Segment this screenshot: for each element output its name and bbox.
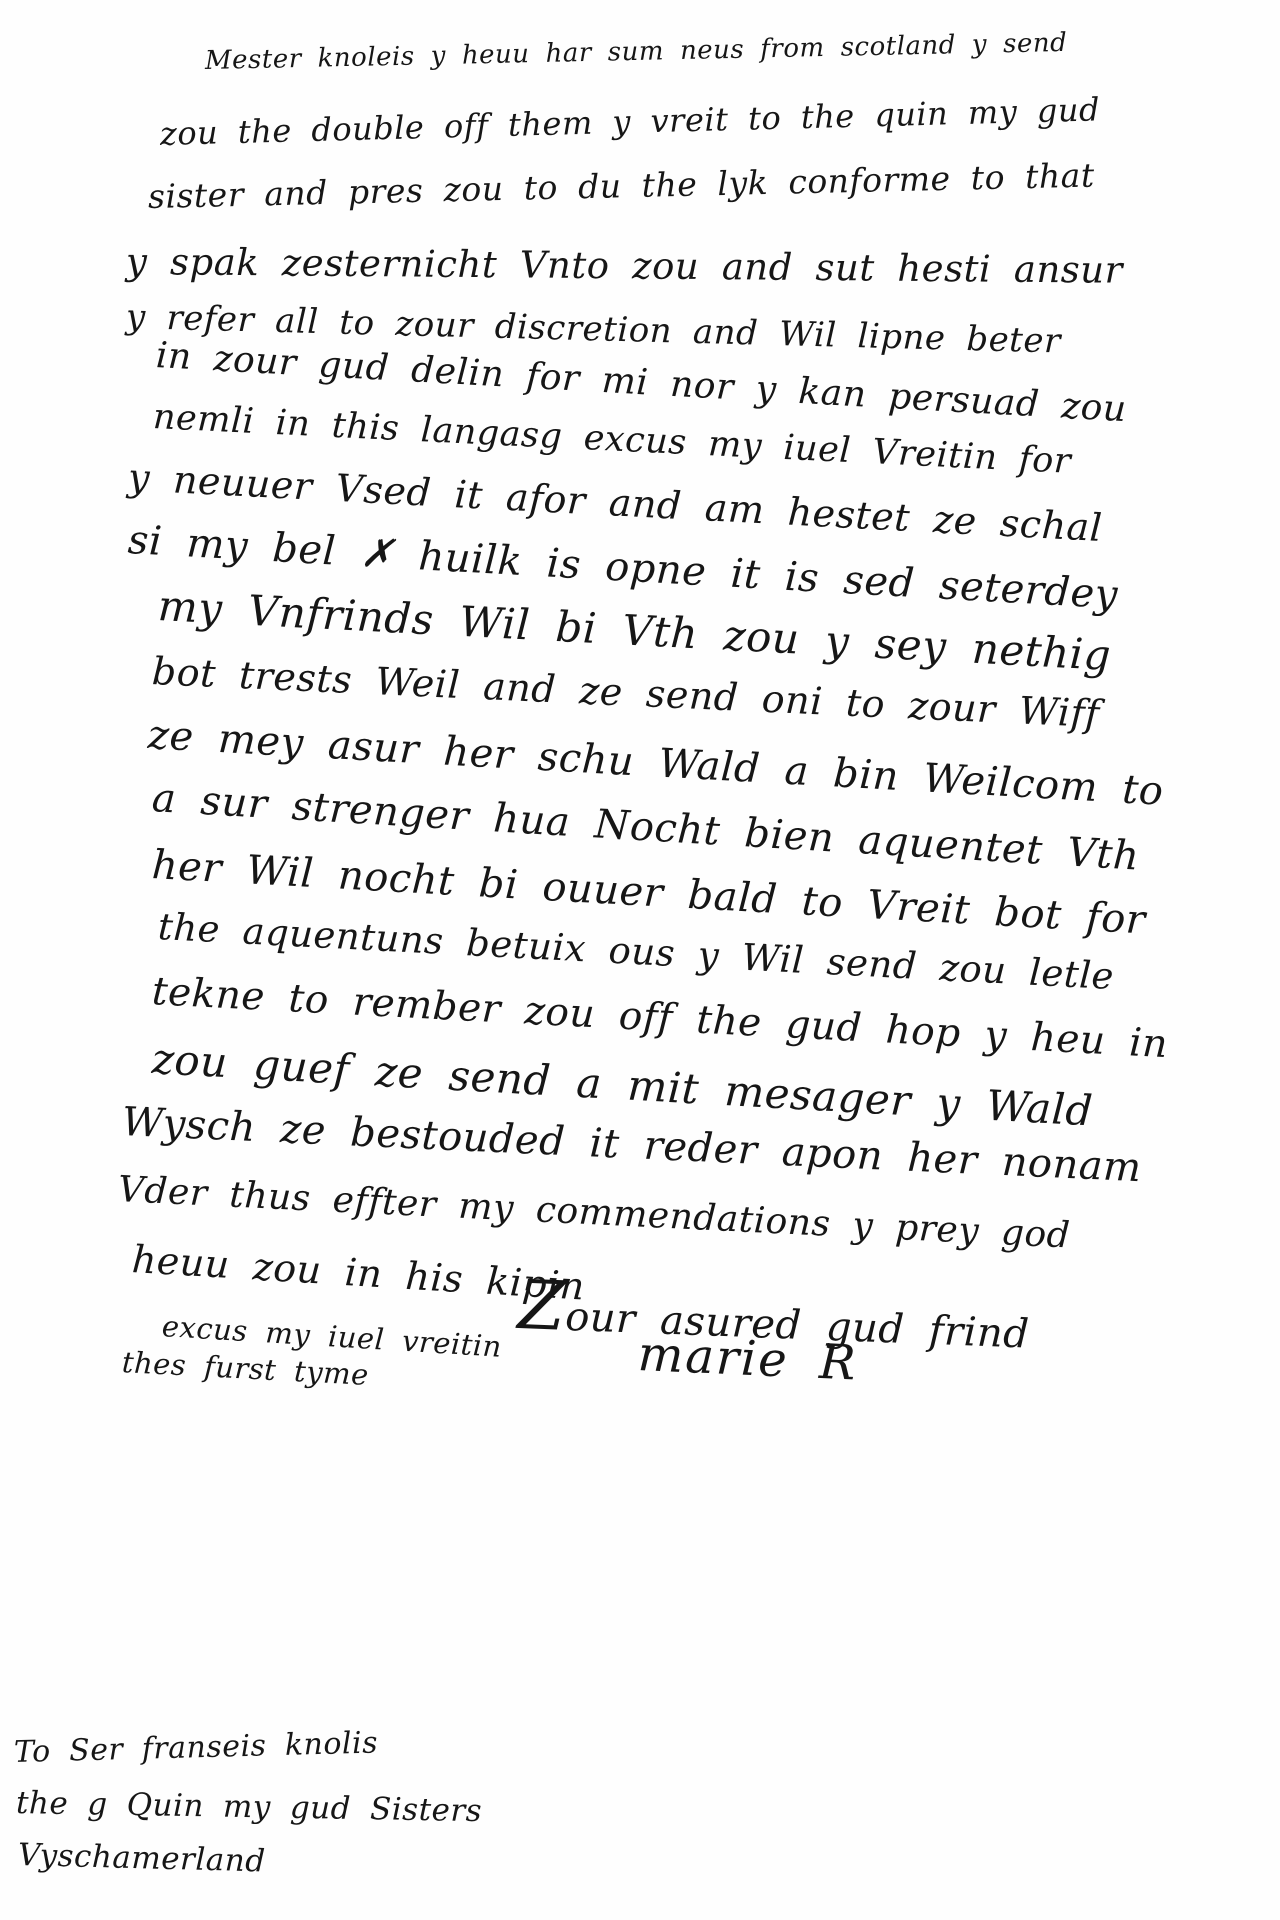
signature: marie R	[637, 1330, 859, 1388]
manuscript-page: Mester knoleis y heuu har sum neus from …	[0, 0, 1280, 1920]
handwriting-line: Mester knoleis y heuu har sum neus from …	[205, 30, 1068, 74]
postscript-line: thes furst tyme	[121, 1348, 369, 1390]
handwriting-line: Vder thus effter my commendations y prey…	[117, 1172, 1071, 1255]
handwriting-line: sister and pres zou to du the lyk confor…	[148, 159, 1095, 213]
handwriting-line: y spak zesternicht Vnto zou and sut hest…	[126, 243, 1123, 289]
handwriting-line: zou the double off them y vreit to the q…	[160, 93, 1101, 150]
address-line: the g Quin my gud Sisters	[16, 1788, 483, 1827]
address-line: Vyschamerland	[18, 1840, 266, 1877]
address-line: To Ser franseis knolis	[14, 1728, 379, 1768]
